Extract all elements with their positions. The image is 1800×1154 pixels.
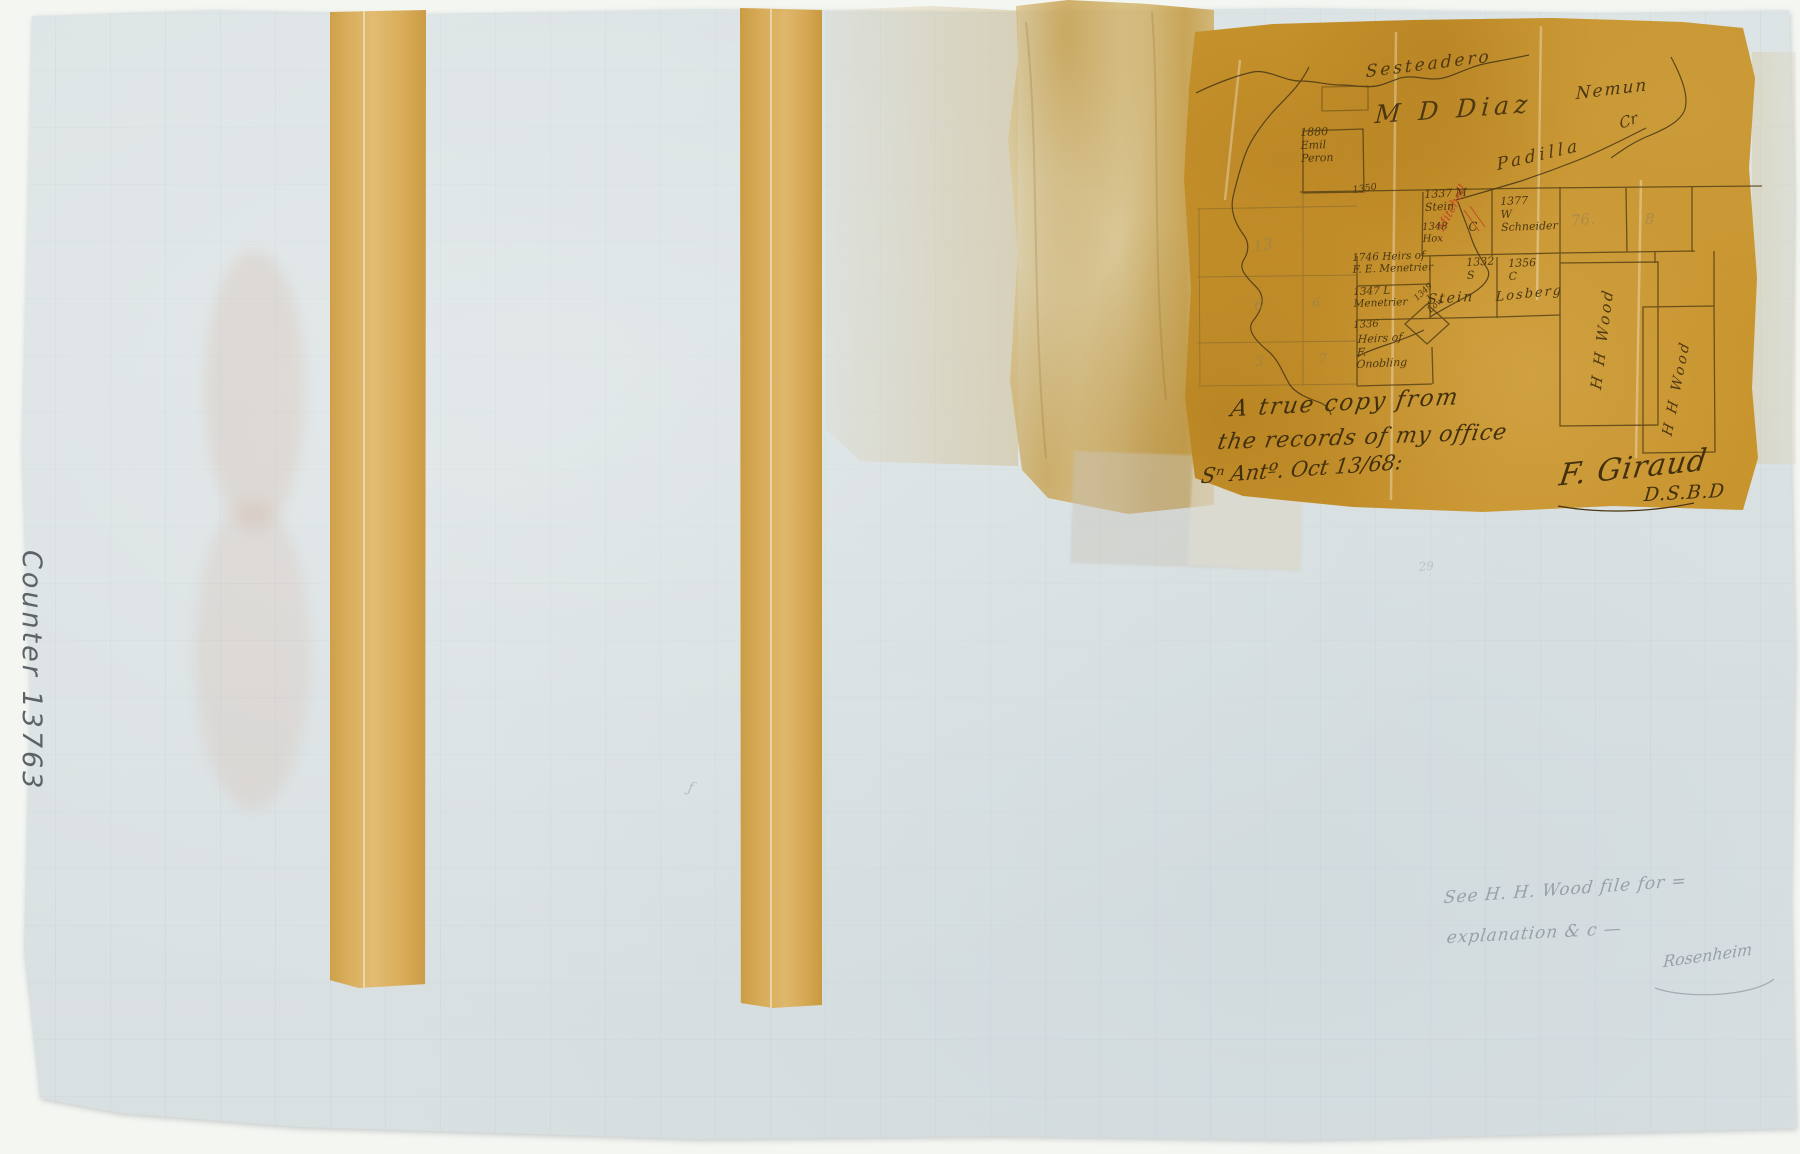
tissue-backing [1008,0,1214,514]
parcel-label: 1377 W Schneider [1500,194,1558,235]
parcel-label: 1356 C [1508,257,1537,284]
tape-strip-left [330,10,426,988]
parcel-label: 1337 M Stein [1424,187,1468,215]
tape-crease-line [770,8,772,1008]
pencil-numeral: 13 [1252,235,1274,256]
tape-strip-right [740,8,822,1008]
parcel-label: 1880 Emil Peron [1300,126,1334,166]
faint-page-number: 29 [1418,559,1434,574]
tape-crease-line [363,10,365,988]
pencil-numeral: 3 [1255,354,1264,370]
parcel-label: Heirs of F. Onobling [1356,331,1409,372]
tissue-backing-right [1752,52,1796,464]
pencil-numeral: 76. [1570,210,1596,230]
parcel-label: 1746 Heirs of F. E. Menetrier [1352,249,1433,277]
parcel-label: 1332 S [1466,256,1495,283]
pencil-numeral: 6 [1312,296,1320,311]
pencil-numeral: 7 [1318,352,1327,368]
tissue-wash [826,6,1018,466]
ink-bleed-smudge [195,500,310,810]
parcel-label: C [1468,219,1478,234]
parcel-label: 1348 Hox [1422,221,1448,245]
pencil-numeral: 6 [1254,298,1263,314]
certification-title: D.S.B.D [1643,480,1726,506]
scanned-archive-sheet: Sesteadero M D Diaz Nemun Cr Padilla Mit… [0,0,1800,1154]
ink-bleed-smudge [205,250,305,530]
parcel-label: 1347 L Menetrier [1353,284,1408,311]
counter-number-label: Counter 13763 [16,550,47,870]
parcel-label: 1336 [1353,319,1379,332]
pencil-numeral: 8 [1645,210,1655,228]
